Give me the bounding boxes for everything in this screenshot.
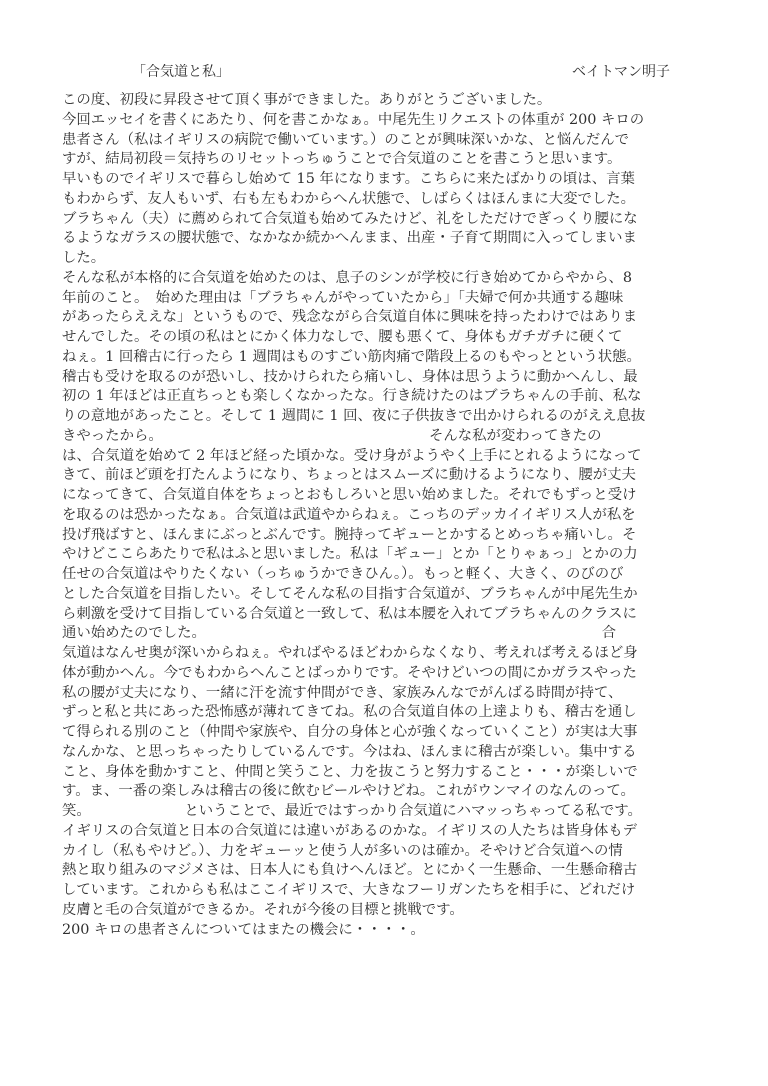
body-line: きやったから。 そんな私が変わってきたの bbox=[62, 427, 696, 447]
body-line: やけどここらあたりで私はふと思いました。私は「ギュー」とか「とりゃぁっ」とかの力 bbox=[62, 545, 696, 565]
author-name: ベイトマン明子 bbox=[572, 62, 670, 82]
body-line: こと、身体を動かすこと、仲間と笑うこと、力を抜こうと努力すること・・・が楽しいで bbox=[62, 763, 696, 783]
body-line: とした合気道を目指したい。そしてそんな私の目指す合気道が、ブラちゃんが中尾先生か bbox=[62, 585, 696, 605]
body-line: 気道はなんせ奥が深いからねぇ。やればやるほどわからなくなり、考えれば考えるほど身 bbox=[62, 644, 696, 664]
body-line: きて、前ほど頭を打たんようになり、ちょっとはスムーズに動けるようになり、腰が丈夫 bbox=[62, 466, 696, 486]
body-line: 早いものでイギリスで暮らし始めて 15 年になります。こちらに来たばかりの頃は、… bbox=[62, 170, 696, 190]
body-line: 稽古も受けを取るのが恐いし、技かけられたら痛いし、身体は思うように動かへんし、最 bbox=[62, 368, 696, 388]
body-line: なんかな、と思っちゃったりしているんです。今はね、ほんまに稽古が楽しい。集中する bbox=[62, 743, 696, 763]
body-line: 私の腰が丈夫になり、一緒に汗を流す仲間ができ、家族みんなでがんばる時間が持て、 bbox=[62, 684, 696, 704]
body-line: ねぇ。1 回稽古に行ったら 1 週間はものすごい筋肉痛で階段上るのもやっとという… bbox=[62, 348, 696, 368]
body-line: を取るのは恐かったなぁ。合気道は武道やからねぇ。こっちのデッカイイギリス人が私を bbox=[62, 506, 696, 526]
body-line: しています。これからも私はここイギリスで、大きなフーリガンたちを相手に、どれだけ bbox=[62, 881, 696, 901]
body-line: になってきて、合気道自体をちょっとおもしろいと思い始めました。それでもずっと受け bbox=[62, 486, 696, 506]
body-line: 患者さん（私はイギリスの病院で働いています。）のことが興味深いかな、と悩んだんで bbox=[62, 131, 696, 151]
body-line: 任せの合気道はやりたくない（っちゅうかできひん。）。もっと軽く、大きく、のびのび bbox=[62, 565, 696, 585]
body-line: もわからず、友人もいず、右も左もわからへん状態で、しばらくはほんまに大変でした。 bbox=[62, 190, 696, 210]
body-line: 体が動かへん。今でもわからへんことばっかりです。そやけどいつの間にかガラスやった bbox=[62, 664, 696, 684]
body-line: は、合気道を始めて 2 年ほど経った頃かな。受け身がようやく上手にとれるようにな… bbox=[62, 447, 696, 467]
body-line: カイし（私もやけど。）、力をギューッと使う人が多いのは確か。そやけど合気道への情 bbox=[62, 842, 696, 862]
body-line: ら刺激を受けて目指している合気道と一致して、私は本腰を入れてブラちゃんのクラスに bbox=[62, 605, 696, 625]
body-line: 通い始めたのでした。 合 bbox=[62, 624, 696, 644]
body-line: 熱と取り組みのマジメさは、日本人にも負けへんほど。とにかく一生懸命、一生懸命稽古 bbox=[62, 861, 696, 881]
body-line: るようなガラスの腰状態で、なかなか続かへんまま、出産・子育て期間に入ってしまいま bbox=[62, 229, 696, 249]
body-line: そんな私が本格的に合気道を始めたのは、息子のシンが学校に行き始めてからやから、8 bbox=[62, 269, 696, 289]
body-line: ブラちゃん（夫）に薦められて合気道も始めてみたけど、礼をしただけでぎっくり腰にな bbox=[62, 210, 696, 230]
body-line: 投げ飛ばすと、ほんまにぶっとぶんです。腕持ってギューとかするとめっちゃ痛いし。そ bbox=[62, 526, 696, 546]
body-line: イギリスの合気道と日本の合気道には違いがあるのかな。イギリスの人たちは皆身体もデ bbox=[62, 822, 696, 842]
body-line: す。ま、一番の楽しみは稽古の後に飲むビールやけどね。これがウンマイのなんのって。 bbox=[62, 782, 696, 802]
body-line: した。 bbox=[62, 249, 696, 269]
body-line: 笑。 ということで、最近ではすっかり合気道にハマッっちゃってる私です。 bbox=[62, 802, 696, 822]
body-line: があったらええな」というもので、残念ながら合気道自体に興味を持ったわけではありま bbox=[62, 308, 696, 328]
body-line: せんでした。その頃の私はとにかく体力なしで、腰も悪くて、身体もガチガチに硬くて bbox=[62, 328, 696, 348]
body-line: 今回エッセイを書くにあたり、何を書こかなぁ。中尾先生リクエストの体重が 200 … bbox=[62, 111, 696, 131]
document-page: 「合気道と私」 ベイトマン明子 この度、初段に昇段させて頂く事ができました。あり… bbox=[0, 0, 768, 1086]
body-line: 皮膚と毛の合気道ができるか。それが今後の目標と挑戦です。 bbox=[62, 901, 696, 921]
body-line: ずっと私と共にあった恐怖感が薄れてきてね。私の合気道自体の上達よりも、稽古を通し bbox=[62, 703, 696, 723]
body-line: 初の 1 年ほどは正直ちっとも楽しくなかったな。行き続けたのはブラちゃんの手前、… bbox=[62, 387, 696, 407]
body-line: 年前のこと。 始めた理由は「ブラちゃんがやっていたから」「夫婦で何か共通する趣味 bbox=[62, 289, 696, 309]
body-line: この度、初段に昇段させて頂く事ができました。ありがとうございました。 bbox=[62, 91, 696, 111]
body-line: て得られる別のこと（仲間や家族や、自分の身体と心が強くなっていくこと）が実は大事 bbox=[62, 723, 696, 743]
essay-body: この度、初段に昇段させて頂く事ができました。ありがとうございました。 今回エッセ… bbox=[62, 91, 696, 940]
body-line: りの意地があったこと。そして 1 週間に 1 回、夜に子供抜きで出かけられるのが… bbox=[62, 407, 696, 427]
body-line: すが、結局初段＝気持ちのリセットっちゅうことで合気道のことを書こうと思います。 bbox=[62, 150, 696, 170]
essay-title: 「合気道と私」 bbox=[132, 62, 230, 82]
body-line: 200 キロの患者さんについてはまたの機会に・・・・。 bbox=[62, 921, 696, 941]
